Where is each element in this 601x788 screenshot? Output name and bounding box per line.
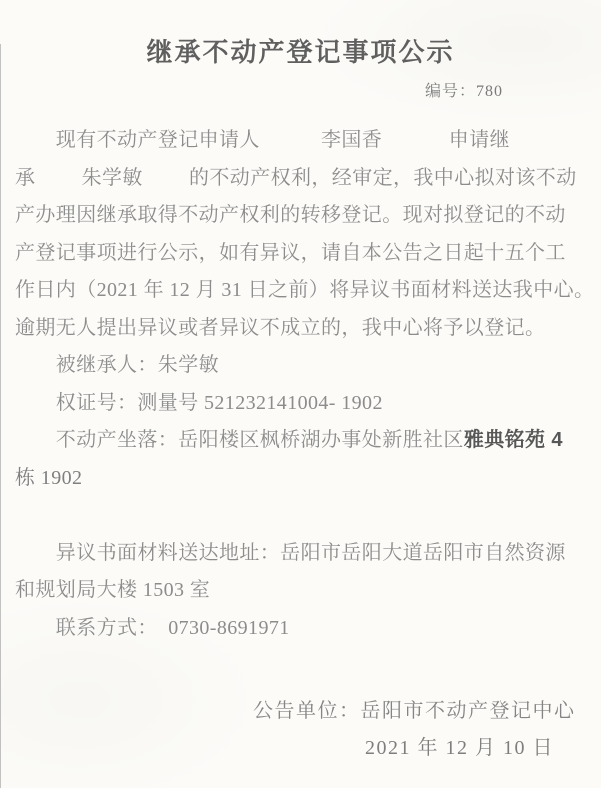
property-location-line: 不动产坐落：岳阳楼区枫桥湖办事处新胜社区雅典铭苑 4 xyxy=(15,422,587,460)
property-location-text: 不动产坐落：岳阳楼区枫桥湖办事处新胜社区 xyxy=(15,429,464,451)
paragraph-line: 产登记事项进行公示，如有异议，请自本公告之日起十五个工 xyxy=(15,235,587,273)
property-location-continuation: 栋 1902 xyxy=(15,460,587,498)
notice-body: 现有不动产登记申请人 李国香 申请继 承 朱学敏 的不动产权利，经审定，我中心拟… xyxy=(0,122,601,768)
doc-number: 编号：780 xyxy=(0,82,601,102)
cert-number-line: 权证号：测量号 521232141004- 1902 xyxy=(15,385,587,423)
blank-line xyxy=(15,497,587,535)
contact-line: 联系方式： 0730-8691971 xyxy=(15,610,587,648)
paragraph-line: 逾期无人提出异议或者异议不成立的，我中心将予以登记。 xyxy=(15,310,587,348)
heir-line: 被继承人：朱学敏 xyxy=(15,347,587,385)
notice-title: 继承不动产登记事项公示 xyxy=(0,36,601,68)
scan-edge-artifact xyxy=(0,44,1,788)
paragraph-line: 产办理因继承取得不动产权利的转移登记。现对拟登记的不动 xyxy=(15,197,587,235)
blank-line xyxy=(15,647,587,685)
property-location-highlight: 雅典铭苑 4 xyxy=(464,429,563,451)
paragraph-line: 承 朱学敏 的不动产权利，经审定，我中心拟对该不动 xyxy=(15,160,587,198)
issuing-unit-line: 公告单位：岳阳市不动产登记中心 xyxy=(15,693,587,731)
document-page: 继承不动产登记事项公示 编号：780 现有不动产登记申请人 李国香 申请继 承 … xyxy=(0,0,601,788)
objection-address-line-2: 和规划局大楼 1503 室 xyxy=(15,572,587,610)
paragraph-line: 作日内（2021 年 12 月 31 日之前）将异议书面材料送达我中心。 xyxy=(15,272,587,310)
issue-date-line: 2021 年 12 月 10 日 xyxy=(15,730,587,768)
paragraph-line: 现有不动产登记申请人 李国香 申请继 xyxy=(15,122,587,160)
objection-address-line-1: 异议书面材料送达地址：岳阳市岳阳大道岳阳市自然资源 xyxy=(15,535,587,573)
